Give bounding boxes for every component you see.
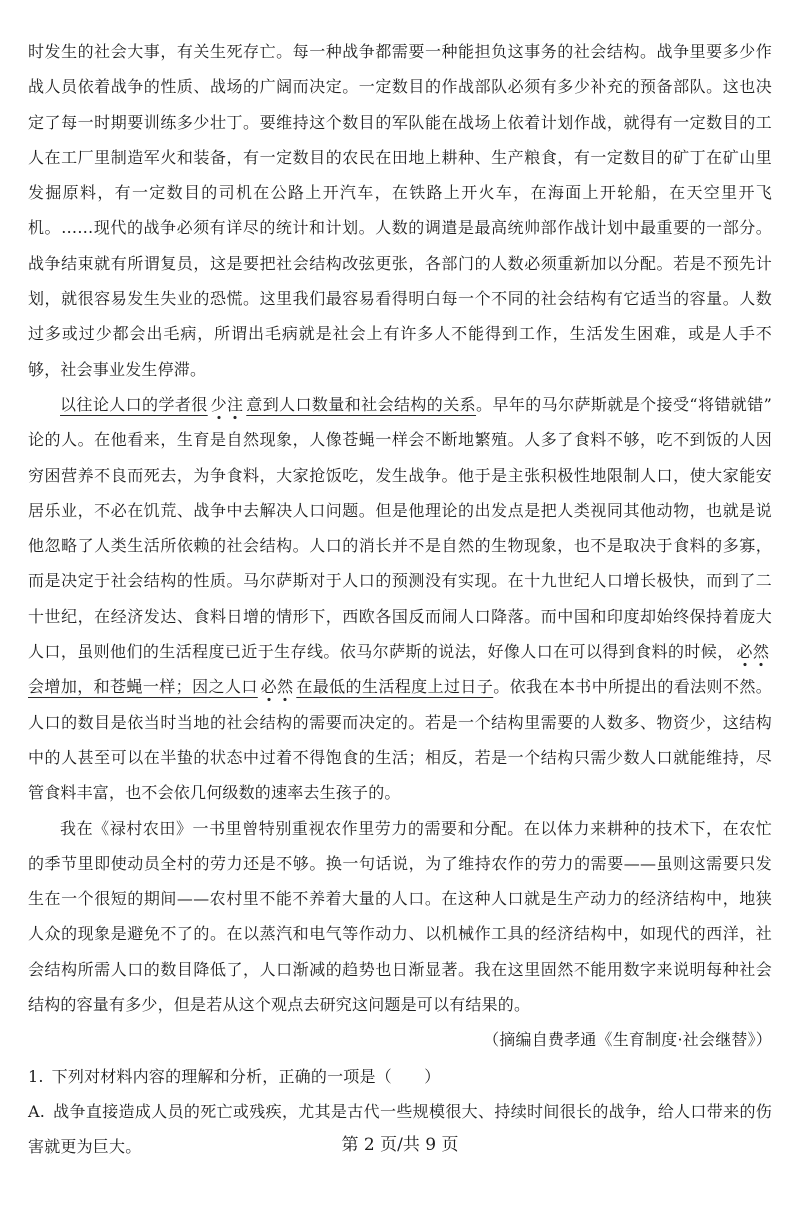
page-footer: 第 2 页/共 9 页: [0, 1130, 800, 1155]
underlined-text: 以往论人口的学者很: [60, 395, 208, 414]
passage-paragraph: 我在《禄村农田》一书里曾特别重视农作里劳力的需要和分配。在以体力来耕种的技术下，…: [28, 811, 772, 1023]
source-attribution: （摘编自费孝通《生育制度·社会继替》）: [28, 1022, 772, 1057]
question-text: 下列对材料内容的理解和分析，正确的一项是（ ）: [52, 1067, 441, 1086]
question-number: 1.: [28, 1067, 44, 1086]
passage: 时发生的社会大事，有关生死存亡。每一种战争都需要一种能担负这事务的社会结构。战争…: [28, 34, 772, 1022]
question-1: 1.下列对材料内容的理解和分析，正确的一项是（ ）: [28, 1059, 772, 1094]
option-label: A.: [28, 1102, 45, 1121]
dot-emphasis-text: 少注: [211, 395, 244, 420]
passage-paragraph: 以往论人口的学者很少注意到人口数量和社会结构的关系。早年的马尔萨斯就是个接受“将…: [28, 387, 772, 811]
passage-text: 。早年的马尔萨斯就是个接受“将错就错”论的人。在他看来，生育是自然现象，人像苍蝇…: [28, 395, 772, 661]
dot-emphasis-text: 必然: [261, 677, 294, 702]
underlined-text: 在最低的生活程度上过日子: [296, 677, 493, 696]
dot-emphasis-text: 必然: [737, 642, 770, 667]
underlined-text: 会增加，和苍蝇一样；因之人口: [28, 677, 258, 696]
underlined-text: 意到人口数量和社会结构的关系: [246, 395, 476, 414]
page-number: 第 2 页/共 9 页: [342, 1135, 459, 1155]
exam-page: 时发生的社会大事，有关生死存亡。每一种战争都需要一种能担负这事务的社会结构。战争…: [28, 34, 772, 1165]
passage-text: 时发生的社会大事，有关生死存亡。每一种战争都需要一种能担负这事务的社会结构。战争…: [28, 42, 772, 379]
passage-text: 我在《禄村农田》一书里曾特别重视农作里劳力的需要和分配。在以体力来耕种的技术下，…: [28, 819, 772, 1014]
passage-paragraph: 时发生的社会大事，有关生死存亡。每一种战争都需要一种能担负这事务的社会结构。战争…: [28, 34, 772, 387]
